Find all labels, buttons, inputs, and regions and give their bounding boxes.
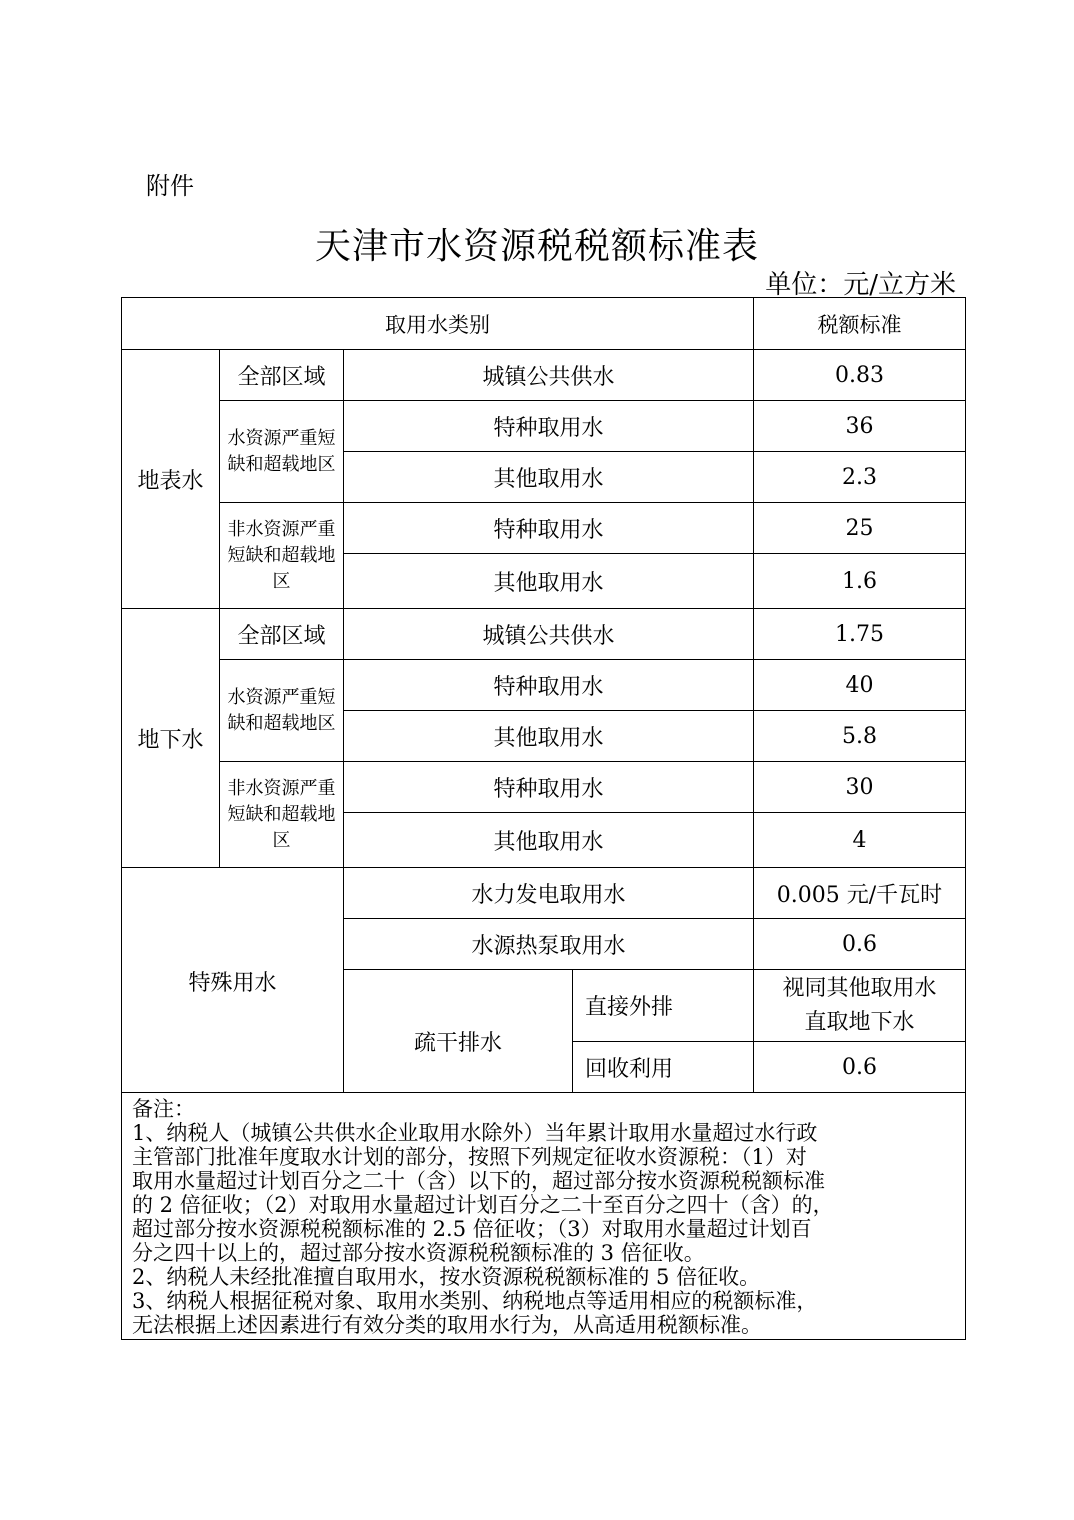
use-type: 特种取用水 — [344, 401, 754, 452]
table-row: 地下水 全部区域 城镇公共供水 1.75 — [122, 609, 966, 660]
rate-value: 1.75 — [754, 609, 966, 660]
special-water-label: 特殊用水 — [122, 868, 344, 1093]
rate-value: 0.005 元/千瓦时 — [754, 868, 966, 919]
use-type: 特种取用水 — [344, 762, 754, 813]
tax-rate-table: 取用水类别 税额标准 地表水 全部区域 城镇公共供水 0.83 水资源严重短缺和… — [121, 297, 966, 1340]
use-type: 其他取用水 — [344, 554, 754, 609]
header-category: 取用水类别 — [122, 298, 754, 350]
use-type: 回收利用 — [573, 1042, 754, 1093]
attachment-label: 附件 — [146, 166, 194, 201]
region-label: 水资源严重短缺和超载地区 — [220, 401, 344, 503]
note-line: 分之四十以上的，超过部分按水资源税税额标准的 3 倍征收。 — [132, 1241, 955, 1265]
rate-line-1: 视同其他取用水 — [754, 972, 965, 1006]
note-line: 主管部门批准年度取水计划的部分，按照下列规定征收水资源税：（1）对 — [132, 1145, 955, 1169]
use-type: 水源热泵取用水 — [344, 919, 754, 970]
rate-value: 5.8 — [754, 711, 966, 762]
use-type: 特种取用水 — [344, 503, 754, 554]
notes-heading: 备注： — [132, 1097, 955, 1121]
note-line: 超过部分按水资源税税额标准的 2.5 倍征收；（3）对取用水量超过计划百 — [132, 1217, 955, 1241]
use-type: 城镇公共供水 — [344, 609, 754, 660]
region-label: 非水资源严重短缺和超载地区 — [220, 762, 344, 868]
page-title: 天津市水资源税税额标准表 — [0, 218, 1074, 269]
ground-water-label: 地下水 — [122, 609, 220, 868]
rate-value: 4 — [754, 813, 966, 868]
note-line: 1、纳税人（城镇公共供水企业取用水除外）当年累计取用水量超过水行政 — [132, 1121, 955, 1145]
table-row: 水资源严重短缺和超载地区 特种取用水 36 — [122, 401, 966, 452]
note-line: 取用水量超过计划百分之二十（含）以下的，超过部分按水资源税税额标准 — [132, 1169, 955, 1193]
rate-value: 30 — [754, 762, 966, 813]
use-type: 其他取用水 — [344, 452, 754, 503]
rate-value: 0.6 — [754, 919, 966, 970]
rate-value: 0.6 — [754, 1042, 966, 1093]
notes-row: 备注： 1、纳税人（城镇公共供水企业取用水除外）当年累计取用水量超过水行政 主管… — [122, 1093, 966, 1340]
region-label: 非水资源严重短缺和超载地区 — [220, 503, 344, 609]
drainage-label: 疏干排水 — [344, 970, 573, 1093]
rate-value: 0.83 — [754, 350, 966, 401]
use-type: 其他取用水 — [344, 813, 754, 868]
notes-cell: 备注： 1、纳税人（城镇公共供水企业取用水除外）当年累计取用水量超过水行政 主管… — [122, 1093, 966, 1340]
region-label: 水资源严重短缺和超载地区 — [220, 660, 344, 762]
rate-value: 1.6 — [754, 554, 966, 609]
table-row: 非水资源严重短缺和超载地区 特种取用水 30 — [122, 762, 966, 813]
header-rate: 税额标准 — [754, 298, 966, 350]
rate-value: 2.3 — [754, 452, 966, 503]
note-line: 3、纳税人根据征税对象、取用水类别、纳税地点等适用相应的税额标准， — [132, 1289, 955, 1313]
unit-label: 单位：元/立方米 — [765, 264, 956, 301]
note-line: 2、纳税人未经批准擅自取用水，按水资源税税额标准的 5 倍征收。 — [132, 1265, 955, 1289]
table-row: 非水资源严重短缺和超载地区 特种取用水 25 — [122, 503, 966, 554]
rate-value: 36 — [754, 401, 966, 452]
surface-water-label: 地表水 — [122, 350, 220, 609]
use-type: 特种取用水 — [344, 660, 754, 711]
use-type: 直接外排 — [573, 970, 754, 1042]
use-type: 城镇公共供水 — [344, 350, 754, 401]
table-header-row: 取用水类别 税额标准 — [122, 298, 966, 350]
rate-value: 25 — [754, 503, 966, 554]
region-label: 全部区域 — [220, 350, 344, 401]
use-type: 水力发电取用水 — [344, 868, 754, 919]
table-row: 水资源严重短缺和超载地区 特种取用水 40 — [122, 660, 966, 711]
rate-line-2: 直取地下水 — [754, 1006, 965, 1040]
table-row: 地表水 全部区域 城镇公共供水 0.83 — [122, 350, 966, 401]
rate-value: 视同其他取用水 直取地下水 — [754, 970, 966, 1042]
table-row: 特殊用水 水力发电取用水 0.005 元/千瓦时 — [122, 868, 966, 919]
note-line: 的 2 倍征收；（2）对取用水量超过计划百分之二十至百分之四十（含）的， — [132, 1193, 955, 1217]
use-type: 其他取用水 — [344, 711, 754, 762]
note-line: 无法根据上述因素进行有效分类的取用水行为，从高适用税额标准。 — [132, 1313, 955, 1337]
region-label: 全部区域 — [220, 609, 344, 660]
rate-value: 40 — [754, 660, 966, 711]
